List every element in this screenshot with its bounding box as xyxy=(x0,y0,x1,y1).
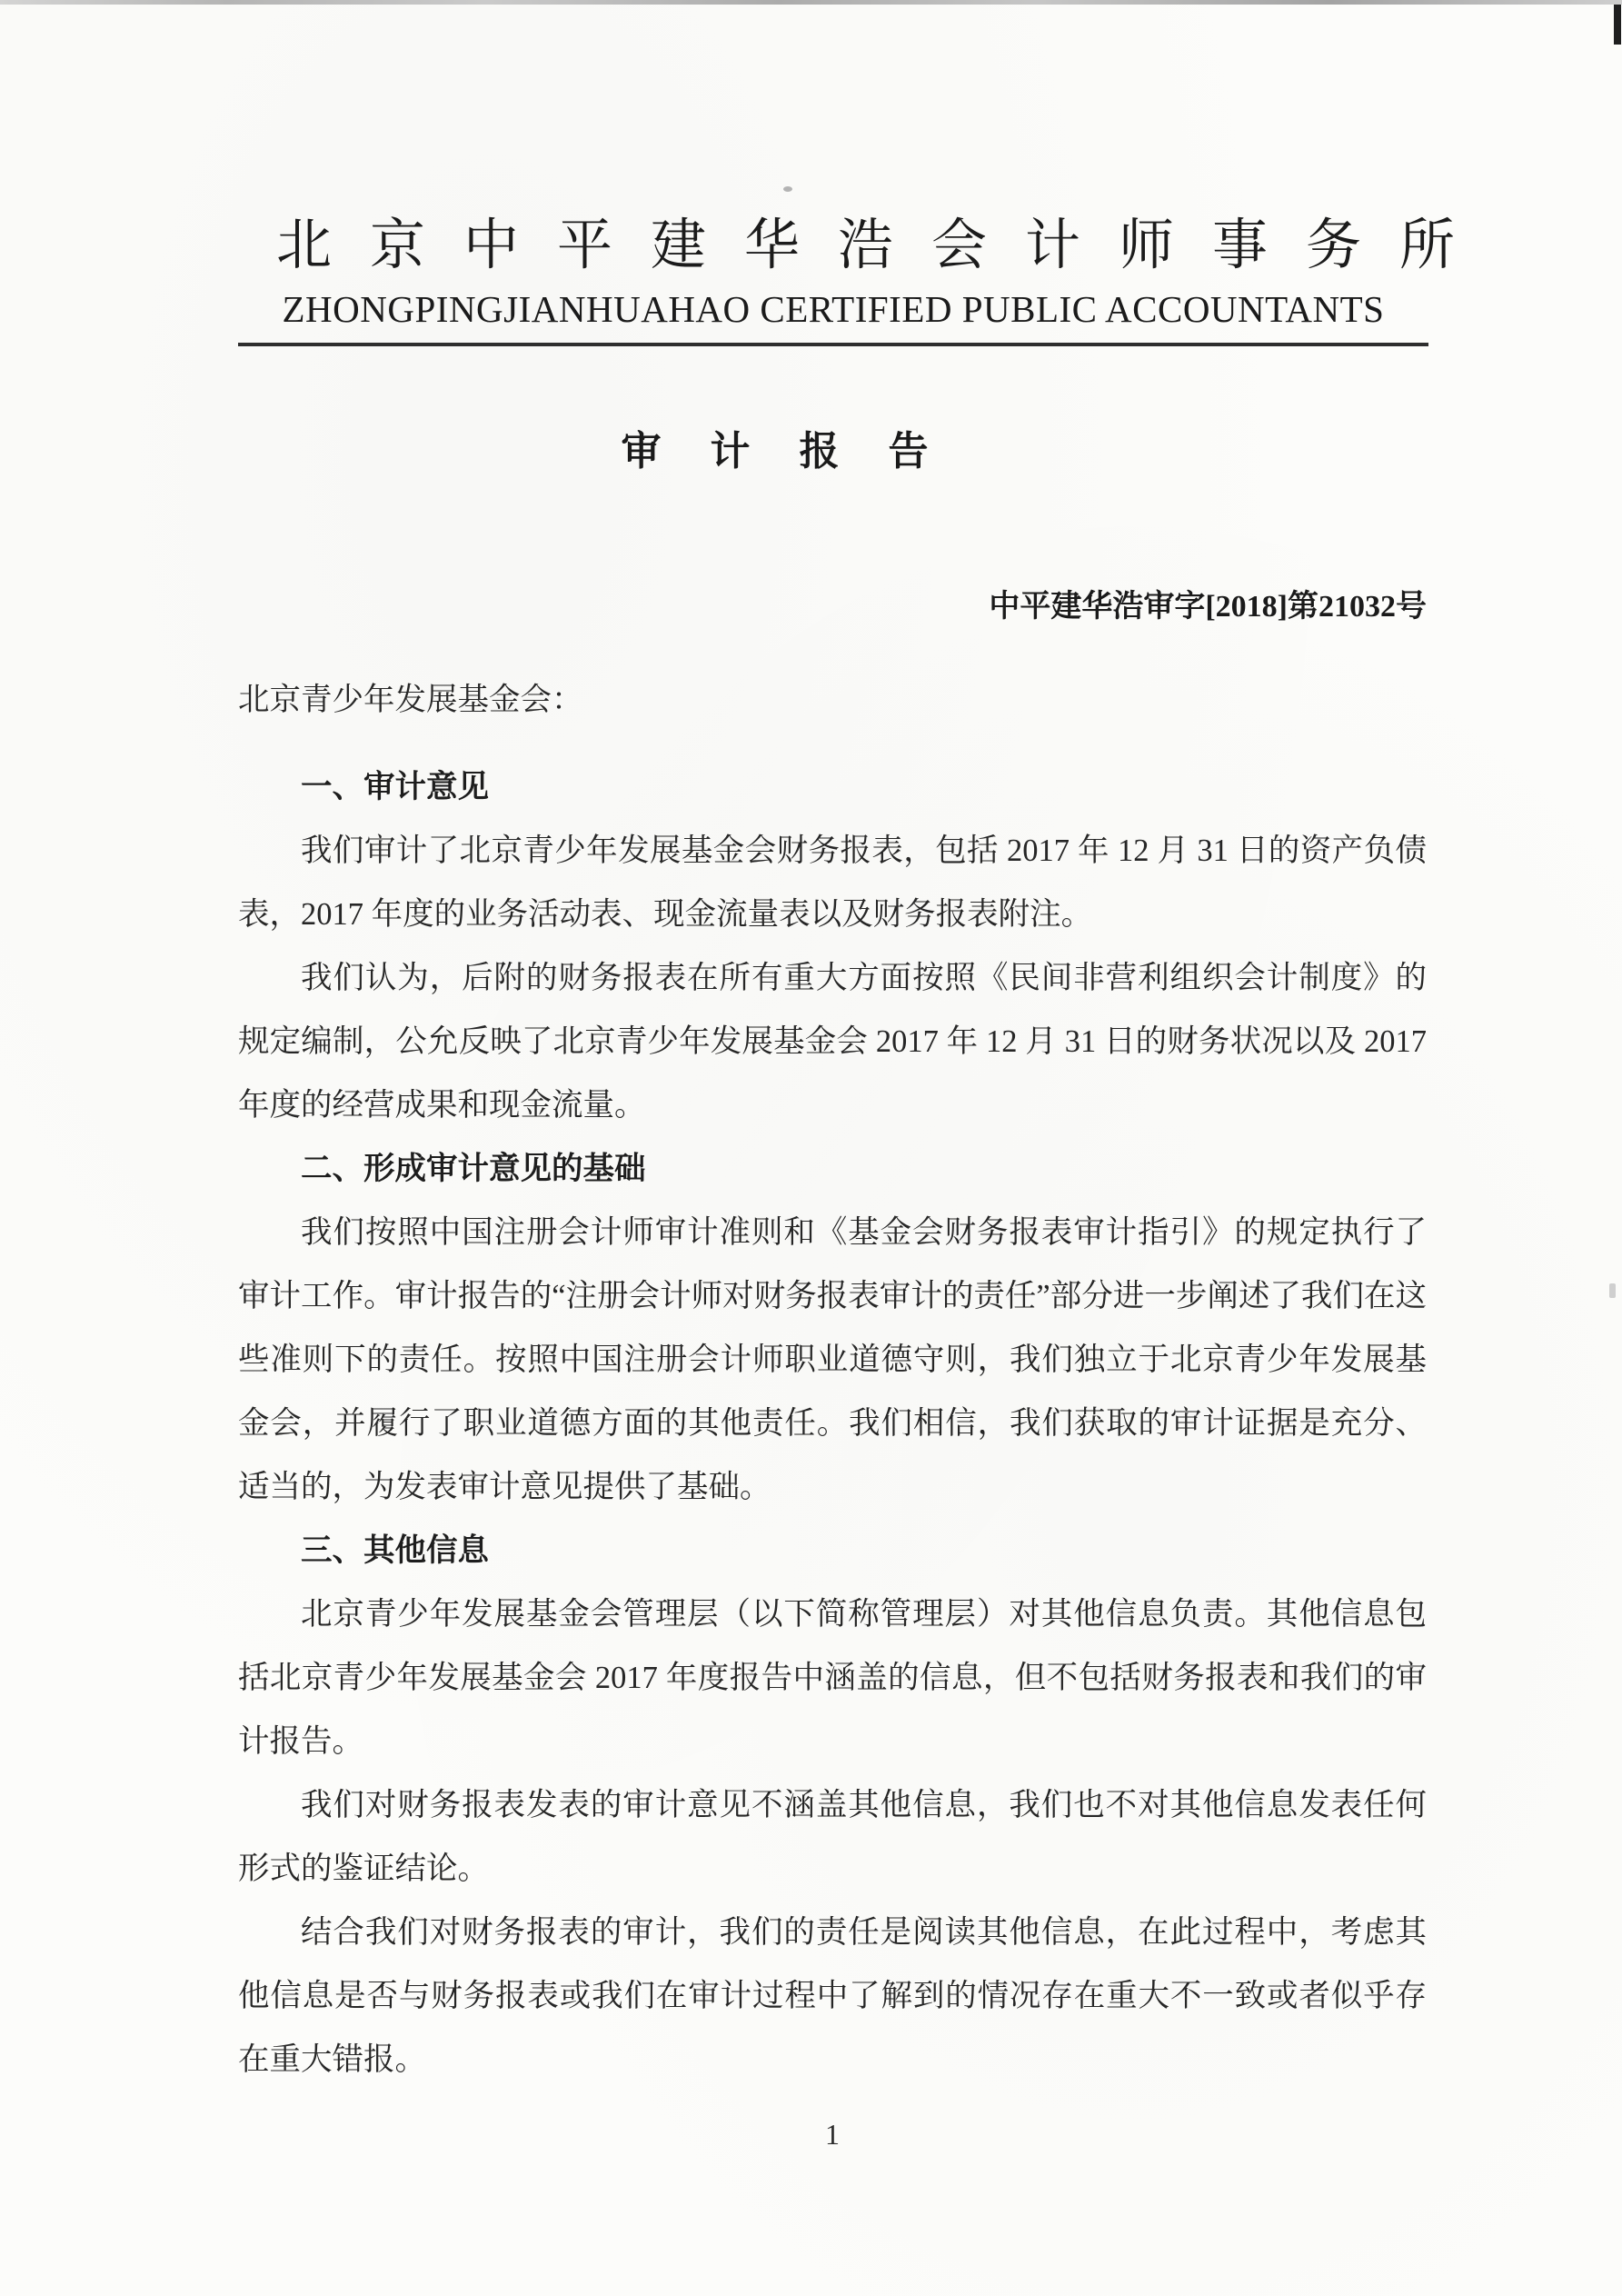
paragraph: 我们按照中国注册会计师审计准则和《基金会财务报表审计指引》的规定执行了审计工作。… xyxy=(238,1201,1427,1519)
paragraph: 我们审计了北京青少年发展基金会财务报表，包括 2017 年 12 月 31 日的… xyxy=(238,819,1427,946)
scan-corner-mark-artifact xyxy=(1614,5,1621,45)
report-body: 北京青少年发展基金会： 一、审计意见 我们审计了北京青少年发展基金会财务报表，包… xyxy=(238,668,1427,2091)
audit-report-page: 北京中平建华浩会计师事务所 ZHONGPINGJIANHUAHAO CERTIF… xyxy=(0,0,1622,2296)
section-heading-basis-for-opinion: 二、形成审计意见的基础 xyxy=(238,1137,1427,1201)
reference-number: 中平建华浩审字[2018]第21032号 xyxy=(0,589,1427,626)
firm-name-english: ZHONGPINGJIANHUAHAO CERTIFIED PUBLIC ACC… xyxy=(238,289,1428,330)
report-title: 审计报告 xyxy=(0,428,1586,476)
firm-name-chinese: 北京中平建华浩会计师事务所 xyxy=(238,215,1428,278)
paragraph: 我们对财务报表发表的审计意见不涵盖其他信息，我们也不对其他信息发表任何形式的鉴证… xyxy=(238,1773,1427,1901)
page-number: 1 xyxy=(238,2118,1427,2151)
scan-dot-artifact xyxy=(783,186,792,192)
section-heading-other-information: 三、其他信息 xyxy=(238,1519,1427,1582)
paragraph: 结合我们对财务报表的审计，我们的责任是阅读其他信息，在此过程中，考虑其他信息是否… xyxy=(238,1901,1427,2091)
addressee: 北京青少年发展基金会： xyxy=(238,668,1427,732)
scan-top-edge-artifact xyxy=(0,0,1622,5)
paragraph: 北京青少年发展基金会管理层（以下简称管理层）对其他信息负责。其他信息包括北京青少… xyxy=(238,1582,1427,1773)
paragraph: 我们认为，后附的财务报表在所有重大方面按照《民间非营利组织会计制度》的规定编制，… xyxy=(238,946,1427,1137)
letterhead: 北京中平建华浩会计师事务所 ZHONGPINGJIANHUAHAO CERTIF… xyxy=(238,215,1428,346)
section-heading-audit-opinion: 一、审计意见 xyxy=(238,755,1427,819)
scan-edge-mark-artifact xyxy=(1609,1283,1616,1298)
